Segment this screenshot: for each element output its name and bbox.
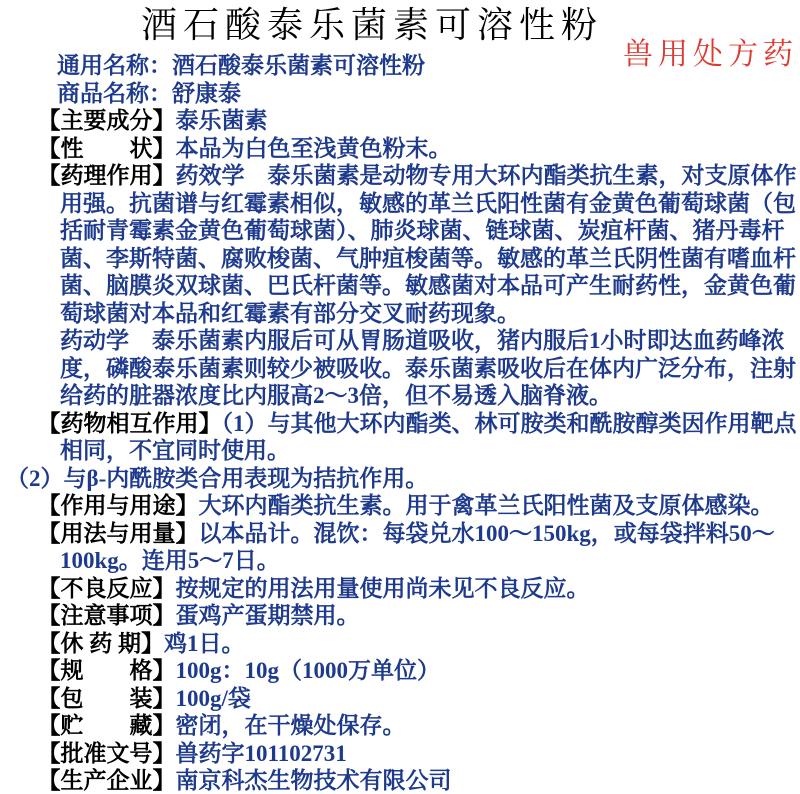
- section-label: 【药物相互作用】: [38, 411, 222, 436]
- section-text: 按规定的用法用量使用尚未见不良反应。: [176, 576, 590, 601]
- interaction-item-2-paragraph: （2）与β-内酰胺类合用表现为拮抗作用。: [0, 465, 800, 493]
- section-manufacturer: 【生产企业】南京科杰生物技术有限公司: [0, 767, 800, 794]
- section-text: 大环内酯类抗生素。用于禽革兰氏阳性菌及支原体感染。: [199, 493, 774, 518]
- section-drug-interactions: 【药物相互作用】（1）与其他大环内酯类、林可胺类和酰胺醇类因作用靶点相同，不宜同…: [0, 410, 800, 465]
- section-text: 鸡1日。: [164, 631, 245, 656]
- section-label: 【不良反应】: [38, 576, 176, 601]
- section-withdrawal-period: 【休 药 期】鸡1日。: [0, 630, 800, 658]
- section-text: 兽药字101102731: [176, 741, 347, 766]
- section-text: 本品为白色至浅黄色粉末。: [176, 136, 452, 161]
- drug-label-page: 酒石酸泰乐菌素可溶性粉 兽用处方药 通用名称：酒石酸泰乐菌素可溶性粉 商品名称：…: [0, 0, 800, 794]
- section-label: 【规 格】: [38, 658, 176, 683]
- section-label: 【包 装】: [38, 686, 176, 711]
- section-adverse-reactions: 【不良反应】按规定的用法用量使用尚未见不良反应。: [0, 575, 800, 603]
- pharmacokinetics-text: 药动学 泰乐菌素内服后可从胃肠道吸收，猪内服后1小时即达血药峰浓度，磷酸泰乐菌素…: [60, 328, 796, 408]
- pharmacokinetics-paragraph: 药动学 泰乐菌素内服后可从胃肠道吸收，猪内服后1小时即达血药峰浓度，磷酸泰乐菌素…: [0, 327, 800, 410]
- section-label: 【药理作用】: [38, 163, 176, 188]
- section-specification: 【规 格】100g：10g（1000万单位）: [0, 657, 800, 685]
- section-text: 蛋鸡产蛋期禁用。: [176, 603, 360, 628]
- section-indications: 【作用与用途】大环内酯类抗生素。用于禽革兰氏阳性菌及支原体感染。: [0, 492, 800, 520]
- section-text: 南京科杰生物技术有限公司: [176, 768, 452, 793]
- section-label: 【性 状】: [38, 136, 176, 161]
- section-main-ingredients: 【主要成分】泰乐菌素: [0, 107, 800, 135]
- trade-name-line: 商品名称：舒康泰: [0, 80, 800, 108]
- section-label: 【贮 藏】: [38, 713, 176, 738]
- section-label: 【注意事项】: [38, 603, 176, 628]
- section-properties: 【性 状】本品为白色至浅黄色粉末。: [0, 135, 800, 163]
- generic-name-line: 通用名称：酒石酸泰乐菌素可溶性粉: [0, 52, 800, 80]
- section-precautions: 【注意事项】蛋鸡产蛋期禁用。: [0, 602, 800, 630]
- section-dosage: 【用法与用量】以本品计。混饮：每袋兑水100～150kg，或每袋拌料50～100…: [0, 520, 800, 575]
- section-label: 【主要成分】: [38, 108, 176, 133]
- section-pharmacology: 【药理作用】药效学 泰乐菌素是动物专用大环内酯类抗生素，对支原体作用强。抗菌谱与…: [0, 162, 800, 327]
- section-label: 【批准文号】: [38, 741, 176, 766]
- interaction-item-2: （2）与β-内酰胺类合用表现为拮抗作用。: [6, 466, 428, 491]
- section-text: 100g：10g（1000万单位）: [176, 658, 441, 683]
- label-body: 通用名称：酒石酸泰乐菌素可溶性粉 商品名称：舒康泰 【主要成分】泰乐菌素 【性 …: [0, 52, 800, 794]
- section-label: 【作用与用途】: [38, 493, 199, 518]
- section-text: 100g/袋: [176, 686, 251, 711]
- section-text: 泰乐菌素: [176, 108, 268, 133]
- section-label: 【休 药 期】: [38, 631, 165, 656]
- section-packaging: 【包 装】100g/袋: [0, 685, 800, 713]
- section-label: 【生产企业】: [38, 768, 176, 793]
- section-storage: 【贮 藏】密闭，在干燥处保存。: [0, 712, 800, 740]
- section-approval-number: 【批准文号】兽药字101102731: [0, 740, 800, 768]
- section-label: 【用法与用量】: [38, 521, 199, 546]
- section-text: 密闭，在干燥处保存。: [176, 713, 406, 738]
